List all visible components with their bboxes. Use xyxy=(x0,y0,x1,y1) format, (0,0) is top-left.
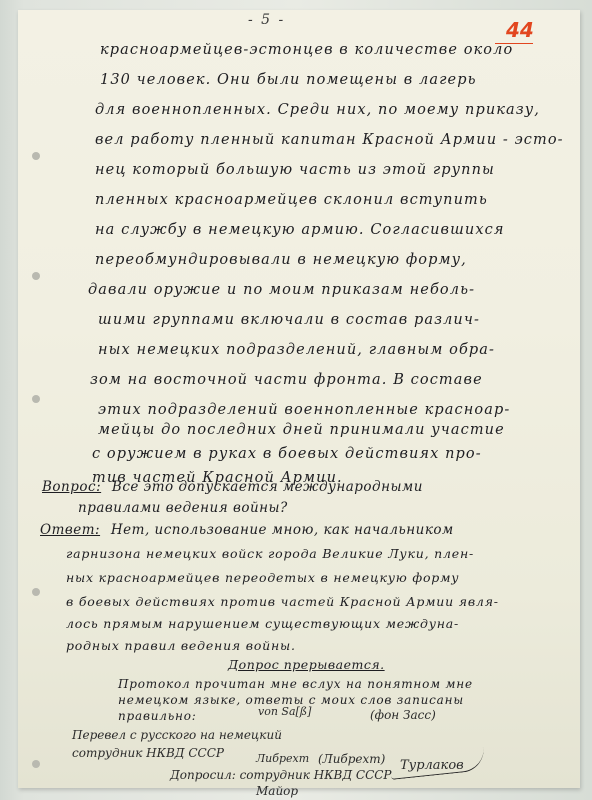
body-line: для военнопленных. Среди них, по моему п… xyxy=(95,102,540,118)
translator-signature: Либрехт xyxy=(256,752,309,765)
interrogator-rank: Майор xyxy=(256,784,298,798)
answer-line: лось прямым нарушением существующих межд… xyxy=(66,616,459,631)
answer-line: ных красноармейцев переодетых в немецкую… xyxy=(66,570,459,585)
question-text: Все это допускается международными xyxy=(112,479,423,495)
accused-name: (фон Засс) xyxy=(370,708,436,722)
question-line: Вопрос: Все это допускается международны… xyxy=(42,479,423,495)
body-line: этих подразделений военнопленные красноа… xyxy=(98,402,510,418)
protocol-note-line: правильно: xyxy=(118,709,197,723)
body-line: нец который большую часть из этой группы xyxy=(95,162,495,178)
interrogator-line: Допросил: сотрудник НКВД СССР xyxy=(170,768,392,782)
accused-signature: von Sa[ß] xyxy=(258,705,311,718)
answer-text: Нет, использование мною, как начальником xyxy=(111,522,454,538)
punch-hole xyxy=(32,588,40,596)
translator-line: Перевел с русского на немецкий xyxy=(72,728,282,742)
body-line: ных немецких подразделений, главным обра… xyxy=(98,342,495,358)
body-line: давали оружие и по моим приказам неболь- xyxy=(88,282,475,298)
body-line: шими группами включали в состав различ- xyxy=(98,312,480,328)
answer-label: Ответ: xyxy=(40,522,100,538)
body-line: на службу в немецкую армию. Согласившихс… xyxy=(95,222,505,238)
body-line: 130 человек. Они были помещены в лагерь xyxy=(100,72,477,88)
question-line: правилами ведения войны? xyxy=(78,500,288,516)
interrogation-interrupted: Допрос прерывается. xyxy=(228,657,385,672)
question-label: Вопрос: xyxy=(42,479,101,495)
body-line: мейцы до последних дней принимали участи… xyxy=(98,422,505,438)
body-line: вел работу пленный капитан Красной Армии… xyxy=(95,132,564,148)
body-line: пленных красноармейцев склонил вступить xyxy=(95,192,488,208)
punch-hole xyxy=(32,272,40,280)
body-line: зом на восточной части фронта. В составе xyxy=(90,372,483,388)
protocol-note-line: Протокол прочитан мне вслух на понятном … xyxy=(118,677,473,691)
page-number: - 5 - xyxy=(248,12,285,28)
punch-hole xyxy=(32,760,40,768)
answer-line: в боевых действиях против частей Красной… xyxy=(66,594,499,609)
archive-folio-number: 44 xyxy=(506,18,534,42)
body-line: красноармейцев-эстонцев в количестве око… xyxy=(100,42,513,58)
translator-name: (Либрехт) xyxy=(318,752,385,766)
body-line: с оружием в руках в боевых действиях про… xyxy=(92,446,482,462)
punch-hole xyxy=(32,395,40,403)
translator-line: сотрудник НКВД СССР xyxy=(72,746,224,760)
body-line: переобмундировывали в немецкую форму, xyxy=(95,252,467,268)
punch-hole xyxy=(32,152,40,160)
answer-line: Ответ: Нет, использование мною, как нача… xyxy=(40,522,454,538)
answer-line: родных правил ведения войны. xyxy=(66,638,296,653)
answer-line: гарнизона немецких войск города Великие … xyxy=(66,546,474,561)
